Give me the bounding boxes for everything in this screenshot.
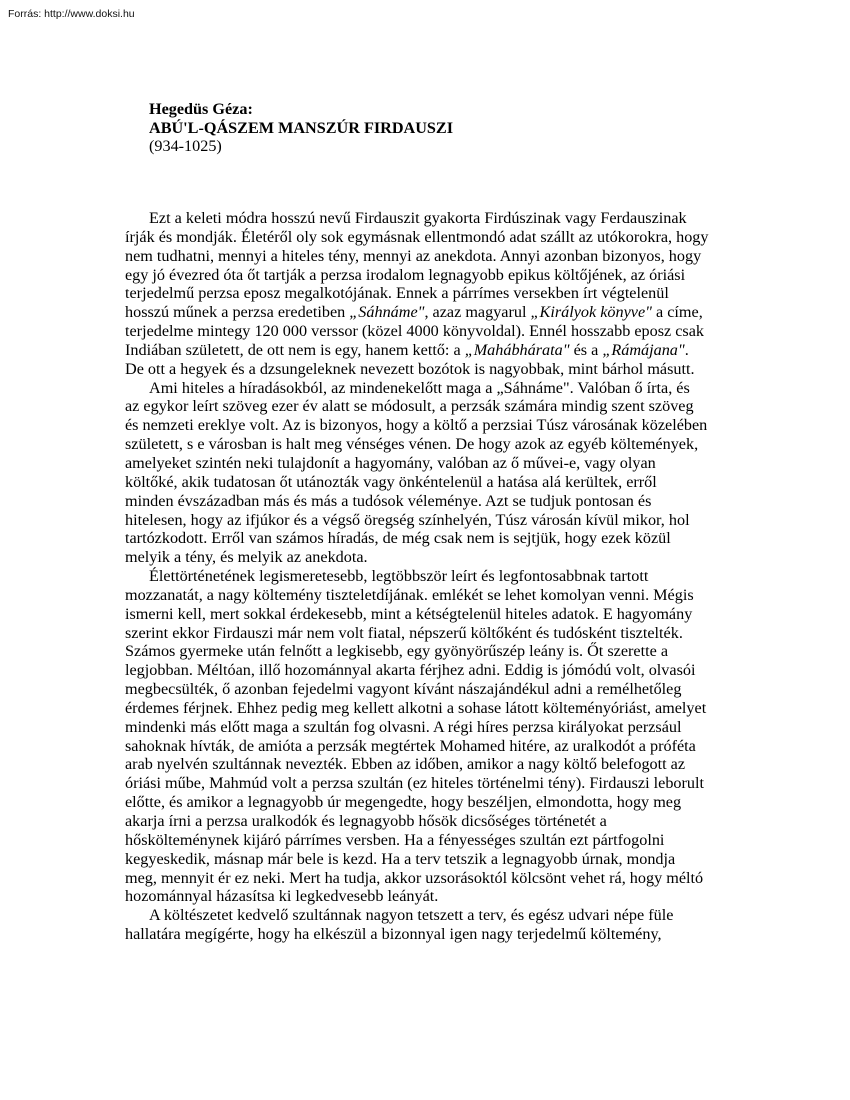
text-line: sahoknak hívták, de amióta a perzsák meg… [125,737,735,756]
text-line: érdemes férjnek. Ehhez pedig meg kellett… [125,699,735,718]
text-line: terjedelmű perzsa eposz megalkotójának. … [125,284,735,303]
text-run: . [685,341,689,359]
text-line: költőké, akik tudatosan őt utánozták vag… [125,473,735,492]
text-run: hosszú műnek a perzsa eredetiben [125,303,349,321]
text-line: akarja írni a perzsa uralkodók és legnag… [125,812,735,831]
text-run: a címe, [652,303,703,321]
text-line: hallatára megígérte, hogy ha elkészül a … [125,925,735,944]
text-line: nem tudhatni, mennyi a hiteles tény, men… [125,247,735,266]
text-line: Élettörténetének legismeretesebb, legtöb… [125,567,735,586]
text-line: meg, mennyit ér ez neki. Mert ha tudja, … [125,869,735,888]
life-dates: (934-1025) [149,137,453,156]
text-line: melyik a tény, és melyik az anekdota. [125,548,735,567]
text-line: ismerni kell, mert sokkal érdekesebb, mi… [125,605,735,624]
body-text: Ezt a keleti módra hosszú nevű Firdauszi… [125,209,735,944]
text-line: az egykor leírt szöveg ezer év alatt se … [125,397,735,416]
source-note: Forrás: http://www.doksi.hu [8,8,135,21]
text-line: amelyeket szintén neki tulajdonít a hagy… [125,454,735,473]
text-line: legjobban. Méltóan, illő hozománnyal aka… [125,661,735,680]
text-line: Számos gyermeke után felnőtt a legkisebb… [125,642,735,661]
document-title: ABÚ'L-QÁSZEM MANSZÚR FIRDAUSZI [149,119,453,138]
text-line: Ami hiteles a híradásokból, az mindeneke… [125,379,735,398]
text-line: A költészetet kedvelő szultánnak nagyon … [125,906,735,925]
text-line: minden évszázadban más és más a tudósok … [125,492,735,511]
text-line: mozzanatát, a nagy költemény tiszteletdí… [125,586,735,605]
text-run: , azaz magyarul [424,303,530,321]
italic-title: „Sáhnáme" [349,303,424,321]
italic-title: „Királyok könyve" [531,303,652,321]
text-line: írják és mondják. Életéről oly sok egymá… [125,228,735,247]
text-line: hitelesen, hogy az ifjúkor és a végső ör… [125,511,735,530]
document-header: Hegedüs Géza: ABÚ'L-QÁSZEM MANSZÚR FIRDA… [149,100,453,156]
text-line: született, s e városban is halt meg véns… [125,435,735,454]
text-line: megbecsülték, ő azonban fejedelmi vagyon… [125,680,735,699]
text-line: hosszú műnek a perzsa eredetiben „Sáhnám… [125,303,735,322]
text-line: De ott a hegyek és a dzsungeleknek nevez… [125,360,735,379]
text-line: óriási műbe, Mahmúd volt a perzsa szultá… [125,774,735,793]
text-run: és a [570,341,603,359]
italic-title: „Mahábhárata" [465,341,570,359]
text-line: mindenki más előtt maga a szultán fog ol… [125,718,735,737]
text-line: egy jó évezred óta őt tartják a perzsa i… [125,266,735,285]
text-line: előtte, és amikor a legnagyobb úr megeng… [125,793,735,812]
text-run: Indiában született, de ott nem is egy, h… [125,341,465,359]
text-line: hozománnyal házasítsa ki legkedvesebb le… [125,887,735,906]
text-line: arab nyelvén szultánnak nevezték. Ebben … [125,755,735,774]
text-line: tartózkodott. Erről van számos híradás, … [125,529,735,548]
text-line: szerint ekkor Firdauszi már nem volt fia… [125,624,735,643]
text-line: Indiában született, de ott nem is egy, h… [125,341,735,360]
italic-title: „Rámájana" [602,341,684,359]
text-line: terjedelme mintegy 120 000 verssor (köze… [125,322,735,341]
text-line: és nemzeti ereklye volt. Az is bizonyos,… [125,416,735,435]
author-name: Hegedüs Géza: [149,100,453,119]
text-line: hősköltеménynek kijáró párrímes versben.… [125,831,735,850]
text-line: Ezt a keleti módra hosszú nevű Firdauszi… [125,209,735,228]
text-line: kegyeskedik, másnap már bele is kezd. Ha… [125,850,735,869]
